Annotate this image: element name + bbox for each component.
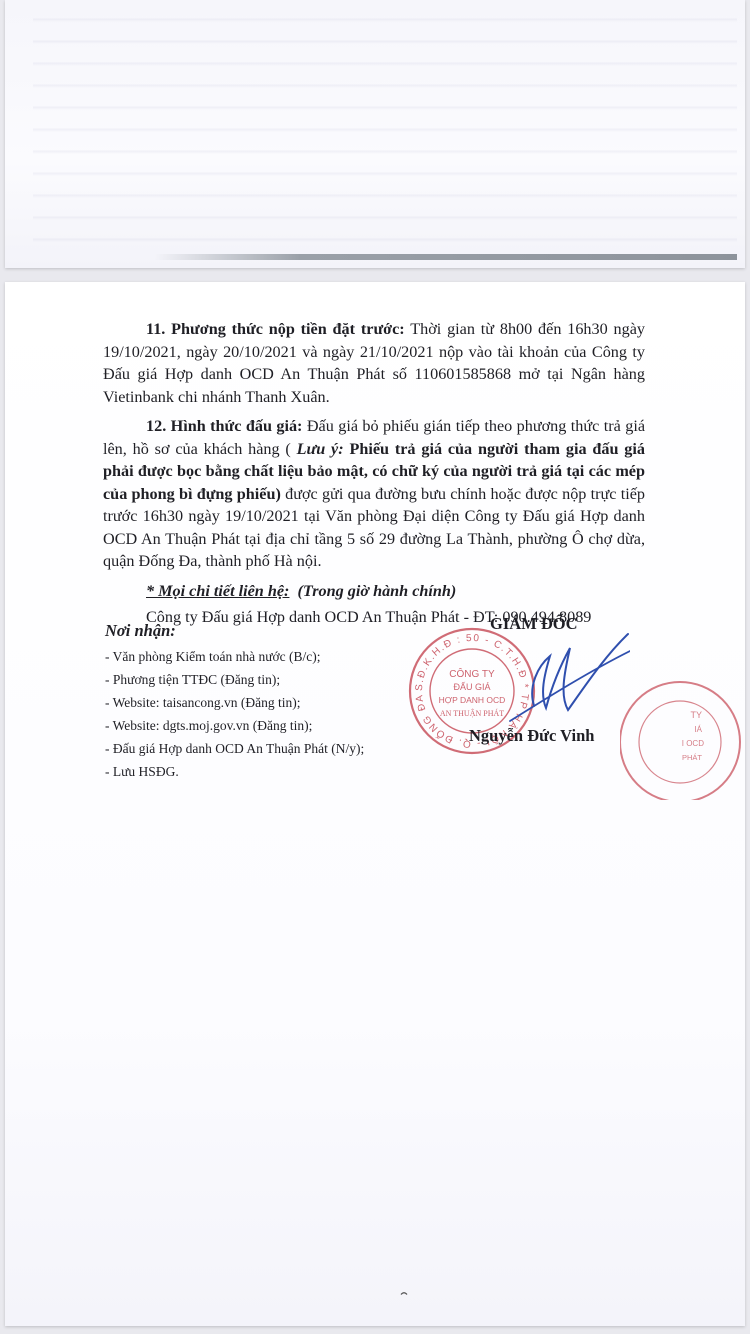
partial-stamp-line: TY [690, 710, 702, 720]
recipient-item: - Văn phòng Kiểm toán nhà nước (B/c); [105, 645, 395, 668]
partial-stamp-line: PHÁT [682, 753, 702, 762]
signer-name: Nguyễn Đức Vinh [469, 726, 594, 746]
document-body: 11. Phương thức nộp tiền đặt trước: Thời… [103, 318, 645, 629]
recipient-item: - Lưu HSĐG. [105, 760, 395, 783]
faded-back-text [33, 0, 737, 252]
stamp-line: CÔNG TY [449, 667, 495, 680]
recipients-block: Nơi nhận: - Văn phòng Kiểm toán nhà nước… [105, 621, 395, 783]
recipient-item: - Website: taisancong.vn (Đăng tin); [105, 691, 395, 714]
page-fold-shadow [155, 254, 737, 260]
recipient-item: - Website: dgts.moj.gov.vn (Đăng tin); [105, 714, 395, 737]
section-12: 12. Hình thức đấu giá: Đấu giá bỏ phiếu … [103, 415, 645, 573]
recipient-item: - Đấu giá Hợp danh OCD An Thuận Phát (N/… [105, 740, 395, 757]
partial-stamp-line: I OCD [682, 739, 704, 748]
handwritten-signature [490, 626, 630, 726]
section-12-note-label: Lưu ý: [297, 440, 344, 458]
section-12-heading: 12. Hình thức đấu giá: [146, 417, 302, 435]
section-11-heading: 11. Phương thức nộp tiền đặt trước: [146, 320, 405, 338]
previous-page-bleed [5, 0, 745, 268]
partial-stamp: TY IÁ I OCD PHÁT [620, 680, 750, 800]
page-number-mark [400, 1291, 408, 1295]
contact-label: * Mọi chi tiết liên hệ: [146, 582, 289, 600]
partial-stamp-line: IÁ [694, 725, 702, 734]
recipients-title: Nơi nhận: [105, 621, 395, 641]
section-11: 11. Phương thức nộp tiền đặt trước: Thời… [103, 318, 645, 408]
contact-hours: (Trong giờ hành chính) [298, 582, 457, 600]
contact-heading: * Mọi chi tiết liên hệ: (Trong giờ hành … [146, 580, 645, 603]
stamp-line: ĐẤU GIÁ [453, 682, 490, 692]
recipient-item: - Phương tiện TTĐC (Đăng tin); [105, 668, 395, 691]
